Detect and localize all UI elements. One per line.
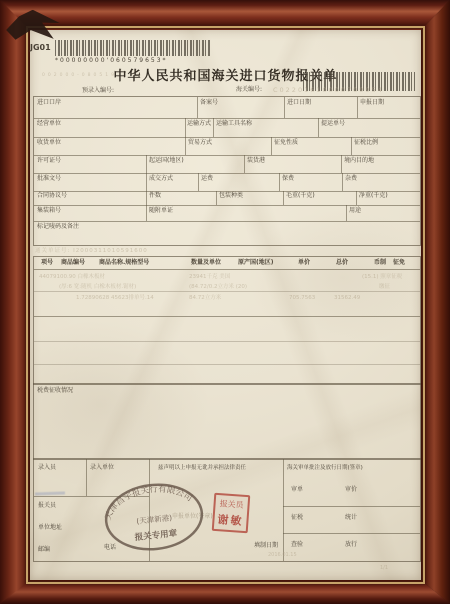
page-note: 1/1 — [380, 566, 388, 572]
footer-entry-clerk: 录入员 — [38, 465, 56, 472]
field-origin-country: 起运国(地区) — [149, 158, 184, 165]
field-loading-port: 装货港 — [247, 158, 265, 165]
field-declare-date: 申报日期 — [360, 100, 384, 107]
field-import-date: 进口日期 — [287, 100, 311, 107]
footer-fill-date-value: 2016.01.15 — [268, 553, 297, 559]
tax-section: 税费征收情况 — [33, 383, 421, 460]
goods-col-item-no: 项号 — [41, 260, 53, 267]
field-marks-remarks: 标记唛码及备注 — [37, 224, 79, 231]
broker-seal-title: 报关员 — [215, 498, 248, 511]
field-approval-no: 批准文号 — [37, 176, 61, 183]
footer-stats: 统计 — [345, 515, 357, 522]
round-company-stamp: 天津昌宇报关行有限公司 (天津新港) 报关专用章 — [100, 480, 208, 554]
field-pieces: 件数 — [149, 193, 161, 200]
frame-right — [421, 0, 450, 604]
goods-row-line3-qty: 84.72立方米 — [189, 295, 221, 301]
field-domestic-dest: 境内目的地 — [344, 158, 374, 165]
field-freight: 运费 — [201, 176, 213, 183]
main-field-table: 进口口岸 备案号 进口日期 申报日期 经营单位 运输方式 运输工具名称 提运单号… — [33, 96, 421, 246]
field-receiver-unit: 收货单位 — [37, 140, 61, 147]
field-tax-ratio: 征税比例 — [354, 140, 378, 147]
footer-customs-note-header: 海关审单批注及放行日期(签章) — [287, 465, 363, 471]
field-container-no: 集装箱号 — [37, 208, 61, 215]
footer-review-price: 审价 — [345, 487, 357, 494]
footer-inspect: 查验 — [291, 542, 303, 549]
barcode-left — [55, 40, 210, 56]
customs-no-label: 海关编号: — [236, 87, 262, 94]
pre-entry-label: 预录入编号: — [82, 88, 114, 95]
customs-declaration-form: JG01 *00000000'060579653* 002000-080519 … — [30, 30, 421, 580]
framed-photo: JG01 *00000000'060579653* 002000-080519 … — [0, 0, 450, 604]
goods-col-qty-unit: 数量及单位 — [191, 260, 221, 267]
field-levy-nature: 征免性质 — [274, 140, 298, 147]
field-gross-weight: 毛重(千克) — [286, 193, 315, 200]
goods-row-line1-desc: 44079100.90 白橡木板材 — [39, 274, 105, 280]
footer-review-doc: 审单 — [291, 487, 303, 494]
field-package-type: 包装种类 — [219, 193, 243, 200]
field-net-weight: 净重(千克) — [359, 193, 388, 200]
goods-col-name-spec: 商品名称.规格型号 — [99, 260, 149, 267]
goods-row-line2-qty: (84.72/0.2立方米 (20) — [189, 284, 247, 290]
goods-row-line1-levy: (15.1) 照章征税 — [362, 274, 402, 280]
goods-col-commodity-code: 商品编号 — [61, 260, 85, 267]
footer-levy-tax: 征税 — [291, 515, 303, 522]
field-insurance: 保费 — [282, 176, 294, 183]
field-deal-mode: 成交方式 — [149, 176, 173, 183]
tax-section-label: 税费征收情况 — [37, 388, 73, 395]
goods-row-line3-price: 705.7563 — [289, 295, 315, 301]
svg-text:(天津新港): (天津新港) — [136, 512, 173, 526]
customs-no-value: C02201610000709954 — [273, 87, 384, 94]
broker-seal-name: 谢敏 — [214, 511, 247, 529]
footer-fill-date: 填制日期 — [254, 543, 278, 550]
broker-seal-stamp: 报关员 谢敏 — [212, 493, 251, 533]
goods-col-origin: 原产国(地区) — [238, 260, 274, 267]
svg-text:报关专用章: 报关专用章 — [134, 528, 178, 543]
goods-col-total-price: 总价 — [336, 260, 348, 267]
footer-broker: 报关员 — [38, 503, 56, 510]
field-transport-name: 运输工具名称 — [216, 121, 252, 128]
field-license-no: 许可证号 — [37, 158, 61, 165]
field-contract-no: 合同协议号 — [37, 193, 67, 200]
goods-row-line2-levy: 缴征 — [379, 284, 390, 290]
field-record-no: 备案号 — [200, 100, 218, 107]
footer-declaration: 兹声明以上申报无讹并承担法律责任 — [158, 465, 246, 471]
goods-table: 项号 商品编号 商品名称.规格型号 数量及单位 原产国(地区) 单价 总价 币制… — [33, 256, 421, 385]
goods-row-line3-total: 31562.49 — [334, 295, 360, 301]
footer-unit-address: 单位地址 — [38, 525, 62, 532]
form-code: JG01 — [30, 44, 51, 53]
goods-col-unit-price: 单价 — [298, 260, 310, 267]
footer-zip: 邮编 — [38, 547, 50, 554]
goods-row-line3-desc: 1.72890628 45623排单号.14 — [76, 295, 154, 301]
field-bill-no: 提运单号 — [321, 121, 345, 128]
goods-col-levy-exempt: 征免 — [393, 260, 405, 267]
field-usage: 用途 — [349, 208, 361, 215]
field-import-port: 进口口岸 — [37, 100, 61, 107]
field-transport-mode: 运输方式 — [187, 121, 211, 128]
field-operator-unit: 经营单位 — [37, 121, 61, 128]
goods-row-line1-qty: 23941千克 美国 — [189, 274, 230, 280]
barcode-left-digits: *00000000'060579653* — [55, 58, 168, 65]
field-misc-fee: 杂费 — [345, 176, 357, 183]
footer-release: 放行 — [345, 542, 357, 549]
footer-entry-unit: 录入单位 — [90, 465, 114, 472]
goods-row-line2-desc: (厚:6 宽:随机 白橡木板材.锯材) — [59, 284, 136, 290]
field-trade-mode: 贸易方式 — [188, 140, 212, 147]
clearance-doc-no: 通关单证号: I2000311010591600 — [35, 248, 148, 254]
goods-col-currency: 币制 — [374, 260, 386, 267]
field-attached-docs: 随附单证 — [149, 208, 173, 215]
